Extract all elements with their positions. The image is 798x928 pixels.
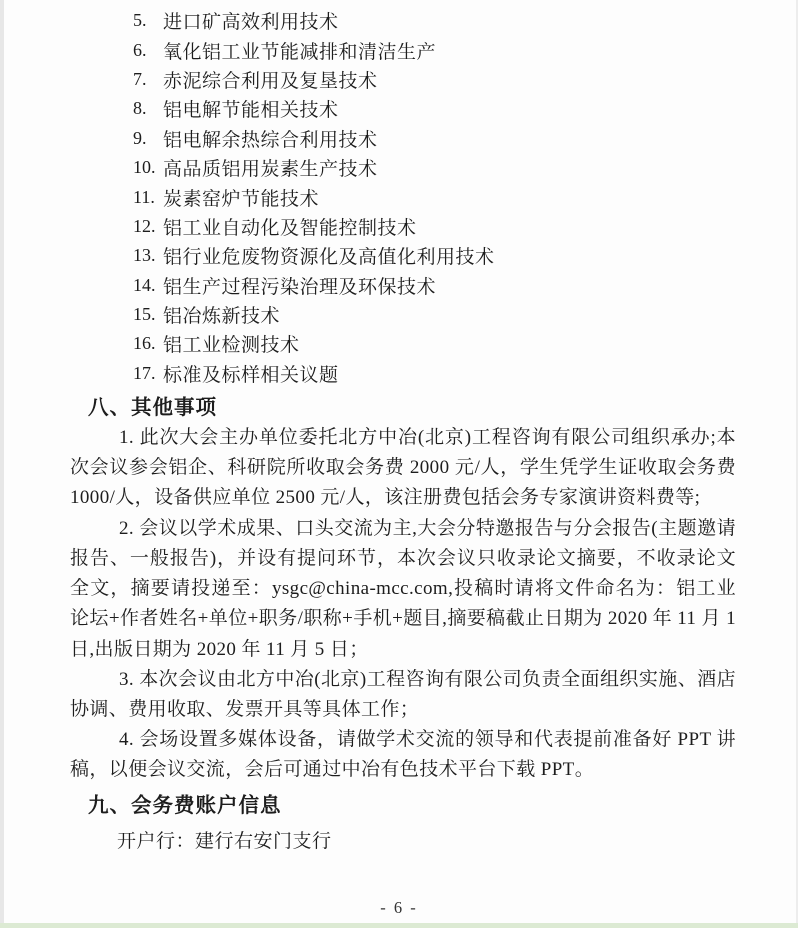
list-item-text: 标准及标样相关议题 bbox=[163, 360, 339, 387]
section-heading-other-matters: 八、其他事项 bbox=[88, 393, 736, 423]
paragraph-fees: 1. 此次大会主办单位委托北方中冶(北京)工程咨询有限公司组织承办;本次会议参会… bbox=[70, 423, 736, 514]
list-item: 11. 炭素窑炉节能技术 bbox=[70, 182, 736, 211]
topic-list: 5. 进口矿高效利用技术 6. 氧化铝工业节能减排和清洁生产 7. 赤泥综合利用… bbox=[70, 0, 736, 388]
list-item-text: 铝行业危废物资源化及高值化利用技术 bbox=[163, 242, 495, 269]
list-item: 7. 赤泥综合利用及复垦技术 bbox=[70, 65, 736, 94]
list-item-text: 铝冶炼新技术 bbox=[163, 301, 280, 328]
list-item: 6. 氧化铝工业节能减排和清洁生产 bbox=[70, 35, 736, 64]
list-item: 16. 铝工业检测技术 bbox=[70, 329, 736, 358]
list-item-number: 17. bbox=[133, 363, 163, 384]
document-page: { "doc": { "list_items": [ { "num": "5."… bbox=[0, 0, 798, 928]
list-item-text: 铝生产过程污染治理及环保技术 bbox=[163, 272, 436, 299]
list-item-text: 铝电解余热综合利用技术 bbox=[163, 125, 378, 152]
list-item: 10. 高品质铝用炭素生产技术 bbox=[70, 153, 736, 182]
list-item: 12. 铝工业自动化及智能控制技术 bbox=[70, 212, 736, 241]
paragraph-organizer-duties: 3. 本次会议由北方中冶(北京)工程咨询有限公司负责全面组织实施、酒店协调、费用… bbox=[70, 665, 736, 725]
list-item-text: 铝工业自动化及智能控制技术 bbox=[163, 213, 417, 240]
document-content: 5. 进口矿高效利用技术 6. 氧化铝工业节能减排和清洁生产 7. 赤泥综合利用… bbox=[70, 0, 736, 857]
list-item-number: 13. bbox=[133, 245, 163, 266]
list-item-number: 6. bbox=[133, 40, 163, 61]
list-item-number: 8. bbox=[133, 98, 163, 119]
list-item-number: 14. bbox=[133, 275, 163, 296]
list-item: 9. 铝电解余热综合利用技术 bbox=[70, 124, 736, 153]
list-item-text: 赤泥综合利用及复垦技术 bbox=[163, 66, 378, 93]
paragraph-ppt-equipment: 4. 会场设置多媒体设备，请做学术交流的领导和代表提前准备好 PPT 讲稿，以便… bbox=[70, 725, 736, 785]
bank-branch-line: 开户行：建行右安门支行 bbox=[117, 827, 736, 857]
page-bottom-edge-strip bbox=[0, 923, 798, 928]
page-left-edge-shadow bbox=[0, 0, 4, 928]
list-item-text: 进口矿高效利用技术 bbox=[163, 7, 339, 34]
list-item: 14. 铝生产过程污染治理及环保技术 bbox=[70, 271, 736, 300]
list-item: 13. 铝行业危废物资源化及高值化利用技术 bbox=[70, 241, 736, 270]
list-item-number: 15. bbox=[133, 304, 163, 325]
list-item-number: 11. bbox=[133, 187, 163, 208]
list-item-text: 高品质铝用炭素生产技术 bbox=[163, 154, 378, 181]
list-item: 8. 铝电解节能相关技术 bbox=[70, 94, 736, 123]
section-heading-account-info: 九、会务费账户信息 bbox=[88, 791, 736, 821]
list-item-number: 7. bbox=[133, 69, 163, 90]
list-item-text: 氧化铝工业节能减排和清洁生产 bbox=[163, 37, 436, 64]
list-item-number: 16. bbox=[133, 333, 163, 354]
paragraph-abstract-submission: 2. 会议以学术成果、口头交流为主,大会分特邀报告与分会报告(主题邀请报告、一般… bbox=[70, 514, 736, 665]
list-item: 5. 进口矿高效利用技术 bbox=[70, 6, 736, 35]
list-item-number: 5. bbox=[133, 10, 163, 31]
list-item-number: 9. bbox=[133, 128, 163, 149]
list-item-number: 12. bbox=[133, 216, 163, 237]
list-item-number: 10. bbox=[133, 157, 163, 178]
page-number: - 6 - bbox=[0, 898, 798, 918]
list-item-text: 炭素窑炉节能技术 bbox=[163, 184, 319, 211]
list-item-text: 铝电解节能相关技术 bbox=[163, 95, 339, 122]
list-item: 15. 铝冶炼新技术 bbox=[70, 300, 736, 329]
list-item-text: 铝工业检测技术 bbox=[163, 330, 300, 357]
list-item: 17. 标准及标样相关议题 bbox=[70, 359, 736, 388]
